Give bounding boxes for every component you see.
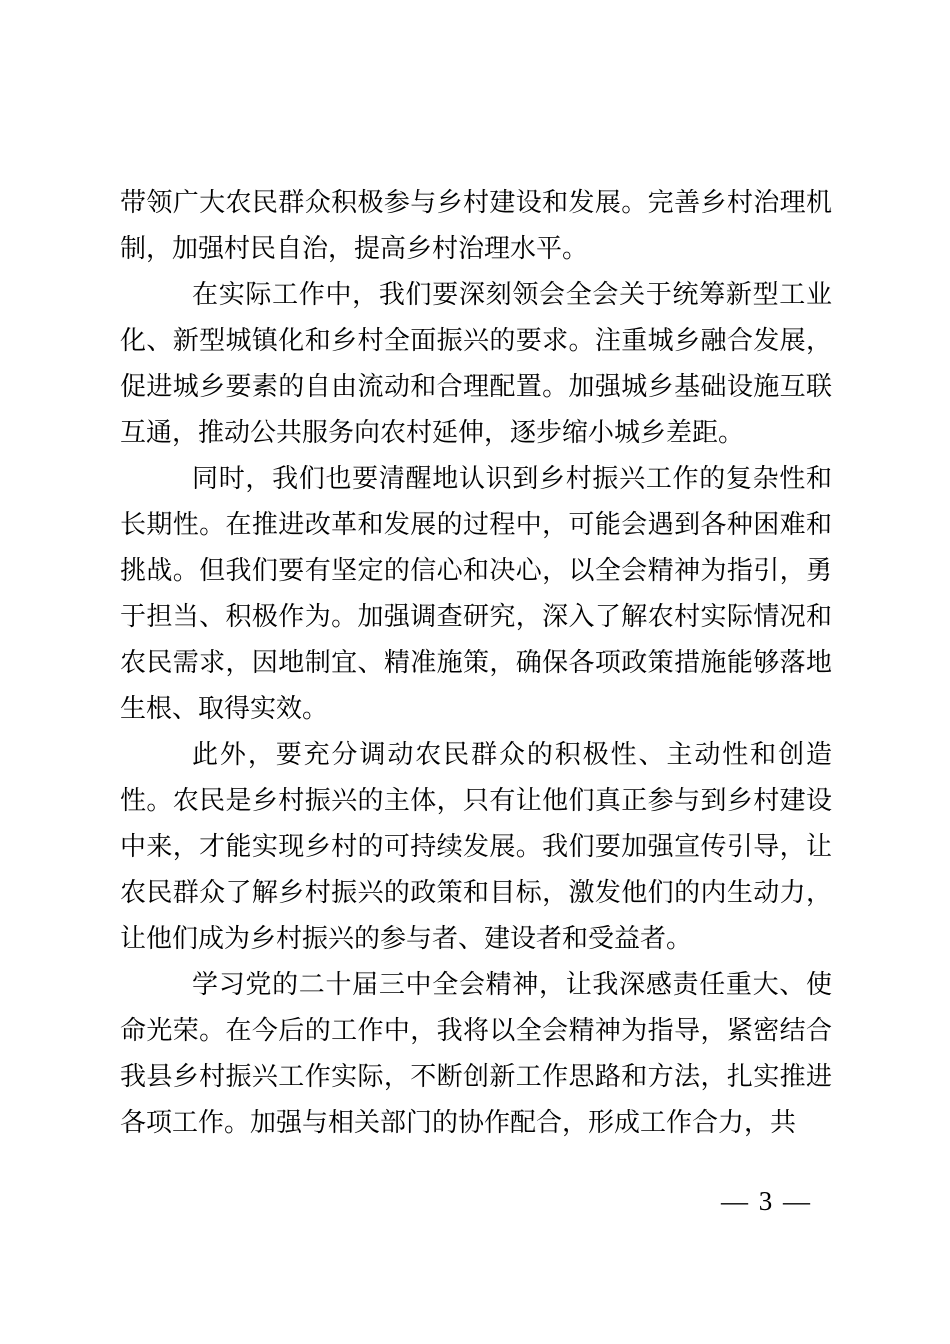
document-body: 带领广大农民群众积极参与乡村建设和发展。完善乡村治理机制，加强村民自治，提高乡村…	[120, 180, 832, 1146]
paragraph-continuation: 带领广大农民群众积极参与乡村建设和发展。完善乡村治理机制，加强村民自治，提高乡村…	[120, 180, 832, 272]
paragraph: 此外，要充分调动农民群众的积极性、主动性和创造性。农民是乡村振兴的主体，只有让他…	[120, 732, 832, 962]
document-page: 带领广大农民群众积极参与乡村建设和发展。完善乡村治理机制，加强村民自治，提高乡村…	[0, 0, 950, 1344]
paragraph: 学习党的二十届三中全会精神，让我深感责任重大、使命光荣。在今后的工作中，我将以全…	[120, 962, 832, 1146]
paragraph: 同时，我们也要清醒地认识到乡村振兴工作的复杂性和长期性。在推进改革和发展的过程中…	[120, 456, 832, 732]
page-number: — 3 —	[721, 1186, 812, 1216]
paragraph: 在实际工作中，我们要深刻领会全会关于统筹新型工业化、新型城镇化和乡村全面振兴的要…	[120, 272, 832, 456]
